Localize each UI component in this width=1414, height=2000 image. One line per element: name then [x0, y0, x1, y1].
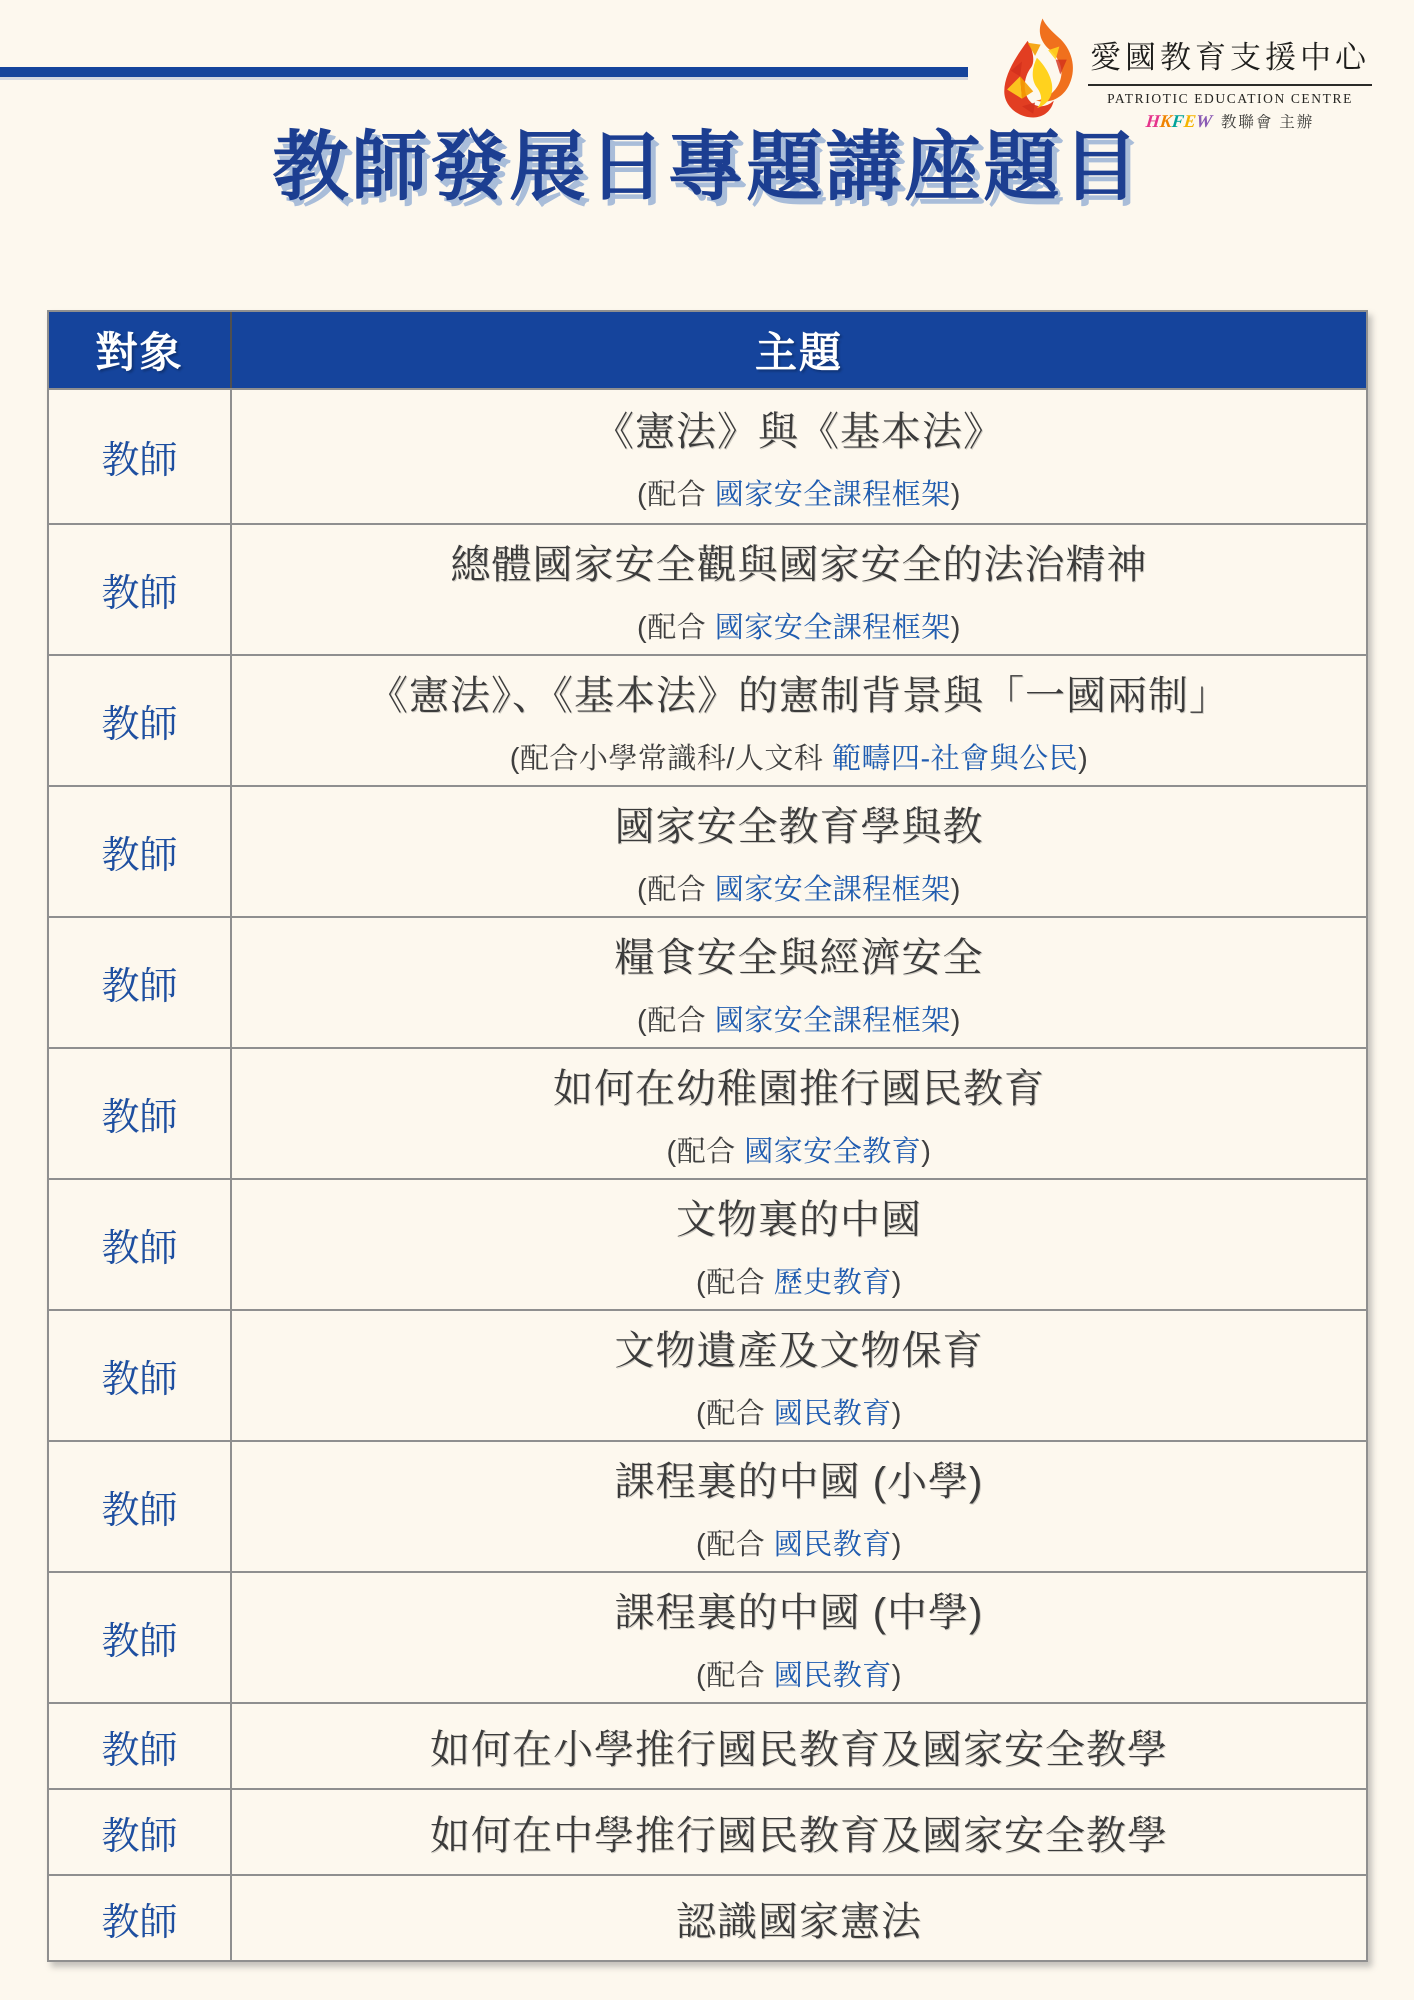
column-header-audience: 對象	[49, 312, 232, 388]
note-suffix: )	[892, 1398, 902, 1430]
table-row: 教師 認識國家憲法	[49, 1874, 1366, 1960]
topic-note: (配合 國民教育)	[696, 1653, 902, 1694]
table-row: 教師 如何在中學推行國民教育及國家安全教學	[49, 1788, 1366, 1874]
audience-cell: 教師	[49, 1876, 232, 1960]
note-link[interactable]: 範疇四-社會與公民	[832, 743, 1078, 775]
note-prefix: (配合小學常識科/人文科	[510, 743, 832, 775]
table-row: 教師 國家安全教育學與教 (配合 國家安全課程框架)	[49, 785, 1366, 916]
audience-cell: 教師	[49, 918, 232, 1047]
note-suffix: )	[892, 1529, 902, 1561]
table-row: 教師 如何在幼稚園推行國民教育 (配合 國家安全教育)	[49, 1047, 1366, 1178]
topic-cell: 文物遺產及文物保育 (配合 國民教育)	[232, 1311, 1366, 1440]
topic-cell: 如何在中學推行國民教育及國家安全教學	[232, 1790, 1366, 1874]
topic-cell: 認識國家憲法	[232, 1876, 1366, 1960]
note-suffix: )	[892, 1267, 902, 1299]
topic-note: (配合 國家安全課程框架)	[637, 605, 961, 646]
topic-cell: 總體國家安全觀與國家安全的法治精神 (配合 國家安全課程框架)	[232, 525, 1366, 654]
topic-title: 《憲法》與《基本法》	[594, 400, 1004, 457]
note-link[interactable]: 國民教育	[774, 1398, 892, 1430]
topic-title: 國家安全教育學與教	[615, 795, 984, 852]
note-prefix: (配合	[696, 1529, 774, 1561]
logo: 愛國教育支援中心 PATRIOTIC EDUCATION CENTRE HKFE…	[994, 16, 1372, 132]
table-row: 教師 課程裏的中國 (小學) (配合 國民教育)	[49, 1440, 1366, 1571]
topics-table: 對象 主題 教師 《憲法》與《基本法》 (配合 國家安全課程框架) 教師 總體國…	[47, 310, 1368, 1962]
audience-cell: 教師	[49, 1311, 232, 1440]
topic-title: 如何在中學推行國民教育及國家安全教學	[430, 1804, 1168, 1861]
topic-title: 文物裏的中國	[676, 1188, 922, 1245]
topic-cell: 如何在幼稚園推行國民教育 (配合 國家安全教育)	[232, 1049, 1366, 1178]
topic-note: (配合 國家安全教育)	[667, 1129, 932, 1170]
note-prefix: (配合	[696, 1267, 774, 1299]
page-title: 教師發展日專題講座題目	[0, 122, 1414, 213]
note-link[interactable]: 國家安全教育	[744, 1136, 921, 1168]
topic-cell: 如何在小學推行國民教育及國家安全教學	[232, 1704, 1366, 1788]
note-prefix: (配合	[637, 874, 715, 906]
note-suffix: )	[951, 1005, 961, 1037]
note-suffix: )	[951, 479, 961, 511]
topic-title: 如何在幼稚園推行國民教育	[553, 1057, 1045, 1114]
note-link[interactable]: 國家安全課程框架	[715, 479, 951, 511]
note-link[interactable]: 國家安全課程框架	[715, 874, 951, 906]
topic-cell: 文物裏的中國 (配合 歷史教育)	[232, 1180, 1366, 1309]
note-link[interactable]: 歷史教育	[774, 1267, 892, 1299]
topic-title: 課程裏的中國 (小學)	[615, 1450, 984, 1507]
table-row: 教師 《憲法》與《基本法》 (配合 國家安全課程框架)	[49, 388, 1366, 523]
note-link[interactable]: 國家安全課程框架	[715, 1005, 951, 1037]
table-row: 教師 課程裏的中國 (中學) (配合 國民教育)	[49, 1571, 1366, 1702]
topic-title: 糧食安全與經濟安全	[615, 926, 984, 983]
audience-cell: 教師	[49, 656, 232, 785]
org-name-chinese: 愛國教育支援中心	[1088, 32, 1372, 86]
audience-cell: 教師	[49, 525, 232, 654]
topic-note: (配合 國民教育)	[696, 1522, 902, 1563]
flame-icon	[994, 16, 1078, 120]
topic-cell: 國家安全教育學與教 (配合 國家安全課程框架)	[232, 787, 1366, 916]
logo-text: 愛國教育支援中心 PATRIOTIC EDUCATION CENTRE HKFE…	[1088, 16, 1372, 132]
table-row: 教師 糧食安全與經濟安全 (配合 國家安全課程框架)	[49, 916, 1366, 1047]
header-divider-line	[0, 67, 968, 77]
topic-note: (配合 國家安全課程框架)	[637, 998, 961, 1039]
column-header-topic: 主題	[232, 312, 1366, 388]
note-prefix: (配合	[637, 479, 715, 511]
topic-note: (配合 國家安全課程框架)	[637, 867, 961, 908]
topic-title: 總體國家安全觀與國家安全的法治精神	[451, 533, 1148, 590]
topic-title: 認識國家憲法	[676, 1890, 922, 1947]
audience-cell: 教師	[49, 1573, 232, 1702]
note-link[interactable]: 國民教育	[774, 1529, 892, 1561]
note-prefix: (配合	[637, 612, 715, 644]
audience-cell: 教師	[49, 390, 232, 523]
audience-cell: 教師	[49, 787, 232, 916]
audience-cell: 教師	[49, 1442, 232, 1571]
note-prefix: (配合	[667, 1136, 745, 1168]
topic-cell: 課程裏的中國 (中學) (配合 國民教育)	[232, 1573, 1366, 1702]
topic-cell: 課程裏的中國 (小學) (配合 國民教育)	[232, 1442, 1366, 1571]
topic-note: (配合 歷史教育)	[696, 1260, 902, 1301]
table-row: 教師 《憲法》、《基本法》的憲制背景與「一國兩制」 (配合小學常識科/人文科 範…	[49, 654, 1366, 785]
note-suffix: )	[951, 874, 961, 906]
note-prefix: (配合	[696, 1660, 774, 1692]
note-link[interactable]: 國民教育	[774, 1660, 892, 1692]
table-row: 教師 文物遺產及文物保育 (配合 國民教育)	[49, 1309, 1366, 1440]
topic-note: (配合 國民教育)	[696, 1391, 902, 1432]
topic-note: (配合小學常識科/人文科 範疇四-社會與公民)	[510, 736, 1089, 777]
note-link[interactable]: 國家安全課程框架	[715, 612, 951, 644]
org-name-english: PATRIOTIC EDUCATION CENTRE	[1107, 91, 1353, 107]
topic-title: 文物遺產及文物保育	[615, 1319, 984, 1376]
table-header-row: 對象 主題	[49, 312, 1366, 388]
note-suffix: )	[892, 1660, 902, 1692]
topic-cell: 《憲法》與《基本法》 (配合 國家安全課程框架)	[232, 390, 1366, 523]
audience-cell: 教師	[49, 1704, 232, 1788]
audience-cell: 教師	[49, 1790, 232, 1874]
topic-cell: 《憲法》、《基本法》的憲制背景與「一國兩制」 (配合小學常識科/人文科 範疇四-…	[232, 656, 1366, 785]
note-suffix: )	[951, 612, 961, 644]
table-row: 教師 文物裏的中國 (配合 歷史教育)	[49, 1178, 1366, 1309]
topic-title: 《憲法》、《基本法》的憲制背景與「一國兩制」	[368, 664, 1230, 721]
note-suffix: )	[921, 1136, 931, 1168]
note-suffix: )	[1078, 743, 1088, 775]
poster-page: 愛國教育支援中心 PATRIOTIC EDUCATION CENTRE HKFE…	[0, 0, 1414, 2000]
table-row: 教師 總體國家安全觀與國家安全的法治精神 (配合 國家安全課程框架)	[49, 523, 1366, 654]
note-prefix: (配合	[696, 1398, 774, 1430]
table-row: 教師 如何在小學推行國民教育及國家安全教學	[49, 1702, 1366, 1788]
topic-title: 課程裏的中國 (中學)	[615, 1581, 984, 1638]
note-prefix: (配合	[637, 1005, 715, 1037]
audience-cell: 教師	[49, 1049, 232, 1178]
topic-note: (配合 國家安全課程框架)	[637, 472, 961, 513]
topic-cell: 糧食安全與經濟安全 (配合 國家安全課程框架)	[232, 918, 1366, 1047]
table-body: 教師 《憲法》與《基本法》 (配合 國家安全課程框架) 教師 總體國家安全觀與國…	[49, 388, 1366, 1960]
audience-cell: 教師	[49, 1180, 232, 1309]
topic-title: 如何在小學推行國民教育及國家安全教學	[430, 1718, 1168, 1775]
